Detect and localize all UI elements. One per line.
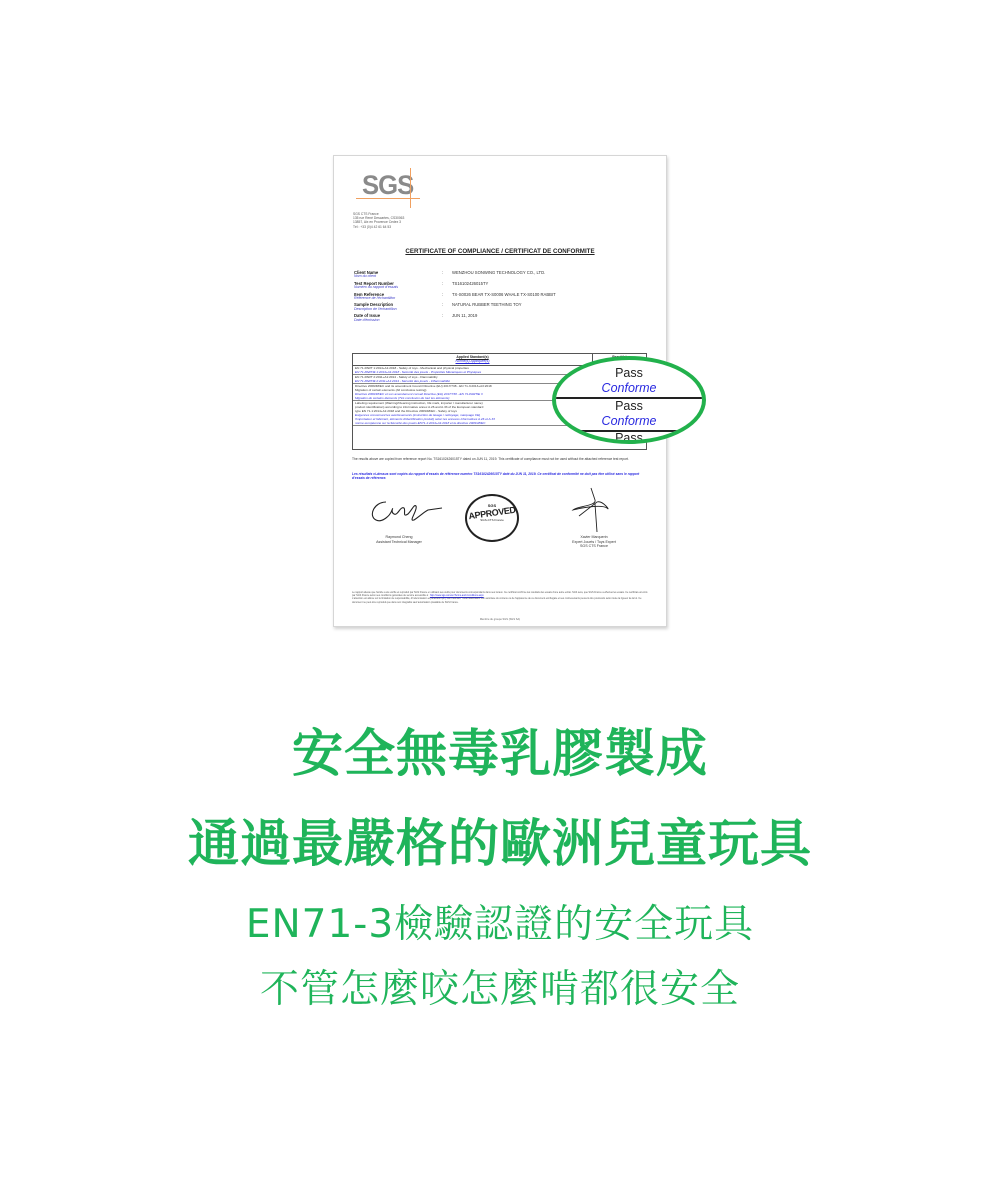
- info-row: Client Name Nom du client : WENZHOU SONW…: [354, 270, 654, 281]
- info-row: Sample Description Description de l'écha…: [354, 302, 654, 313]
- sgs-address: SGS CTS France 135 rue René Descartes, C…: [353, 212, 404, 229]
- result-pass: Pass: [556, 367, 702, 380]
- result-pass: Pass: [556, 400, 702, 413]
- compliance-note-en: The results above are copied from refere…: [352, 457, 650, 461]
- address-line: 13857, Aix en Provence Cedex 3: [353, 220, 404, 224]
- magnifier-content: Pass Conforme Pass Conforme Pass: [556, 360, 702, 440]
- logo-divider: [410, 168, 411, 208]
- footer-text: L'attention est attirée sur la limitatio…: [352, 597, 650, 603]
- headline-line-2: 通過最嚴格的歐洲兒童玩具: [0, 802, 1000, 876]
- info-value: TX-S0026 BEAR TX-S0006 WHALE TX-S0100 RA…: [452, 292, 556, 297]
- info-value: WENZHOU SONWING TECHNOLOGY CO., LTD.: [452, 270, 545, 275]
- footer-text: Le rapport atteste que l'article a été v…: [352, 591, 647, 597]
- subtext-line-1: EN71-3檢驗認證的安全玩具: [0, 893, 1000, 949]
- info-row: Test Report Number Numéro du rapport d'e…: [354, 281, 654, 292]
- sgs-logo: SGS: [356, 168, 418, 202]
- certificate-info: Client Name Nom du client : WENZHOU SONW…: [354, 270, 654, 324]
- headline-line-1: 安全無毒乳膠製成: [0, 712, 1000, 786]
- info-colon: :: [442, 313, 443, 318]
- logo-text: SGS: [362, 170, 413, 201]
- info-value: JUN 11, 2019: [452, 313, 477, 318]
- signature-left-icon: [364, 496, 444, 526]
- info-sublabel: Description de l'échantillon: [354, 307, 397, 311]
- info-row: Date of Issue Date d'émission : JUN 11, …: [354, 313, 654, 324]
- info-colon: :: [442, 292, 443, 297]
- info-colon: :: [442, 302, 443, 307]
- certificate-footer: Le rapport atteste que l'article a été v…: [352, 591, 650, 604]
- result-conforme: Conforme: [556, 415, 702, 428]
- signer-left: Raymond Cheng Assistant Technical Manage…: [359, 535, 439, 544]
- address-line: Tél : +33 (0)4 42 61 64 53: [353, 225, 404, 229]
- footer-member: Membre du groupe SGS (SGS SA): [334, 618, 666, 621]
- signer-title: Assistant Technical Manager: [359, 540, 439, 545]
- info-sublabel: Référence de l'échantillon: [354, 296, 395, 300]
- compliance-note-fr: Les résultats ci-dessus sont copiés du r…: [352, 472, 650, 481]
- sgs-certificate-image: SGS SGS CTS France 135 rue René Descarte…: [333, 155, 667, 627]
- certificate-title: CERTIFICATE OF COMPLIANCE / CERTIFICAT D…: [334, 248, 666, 255]
- info-value: TS16102426015TY: [452, 281, 488, 286]
- info-colon: :: [442, 281, 443, 286]
- subtext-line-2: 不管怎麼咬怎麼啃都很安全: [0, 958, 1000, 1014]
- signer-right: Xavier Marquerin Expert Jouets / Toys Ex…: [554, 535, 634, 549]
- info-sublabel: Numéro du rapport d'essais: [354, 285, 398, 289]
- info-sublabel: Date d'émission: [354, 318, 379, 322]
- approved-stamp: SGS APPROVED SGS-CTS France: [465, 494, 519, 542]
- info-row: Item Reference Référence de l'échantillo…: [354, 292, 654, 303]
- signer-org: SGS CTS France: [554, 544, 634, 549]
- info-colon: :: [442, 270, 443, 275]
- info-sublabel: Nom du client: [354, 274, 376, 278]
- info-value: NATURAL RUBBER TEETHING TOY: [452, 302, 522, 307]
- results-magnifier-highlight: Pass Conforme Pass Conforme Pass: [552, 356, 706, 444]
- signature-right-icon: [567, 486, 617, 536]
- result-conforme: Conforme: [556, 382, 702, 395]
